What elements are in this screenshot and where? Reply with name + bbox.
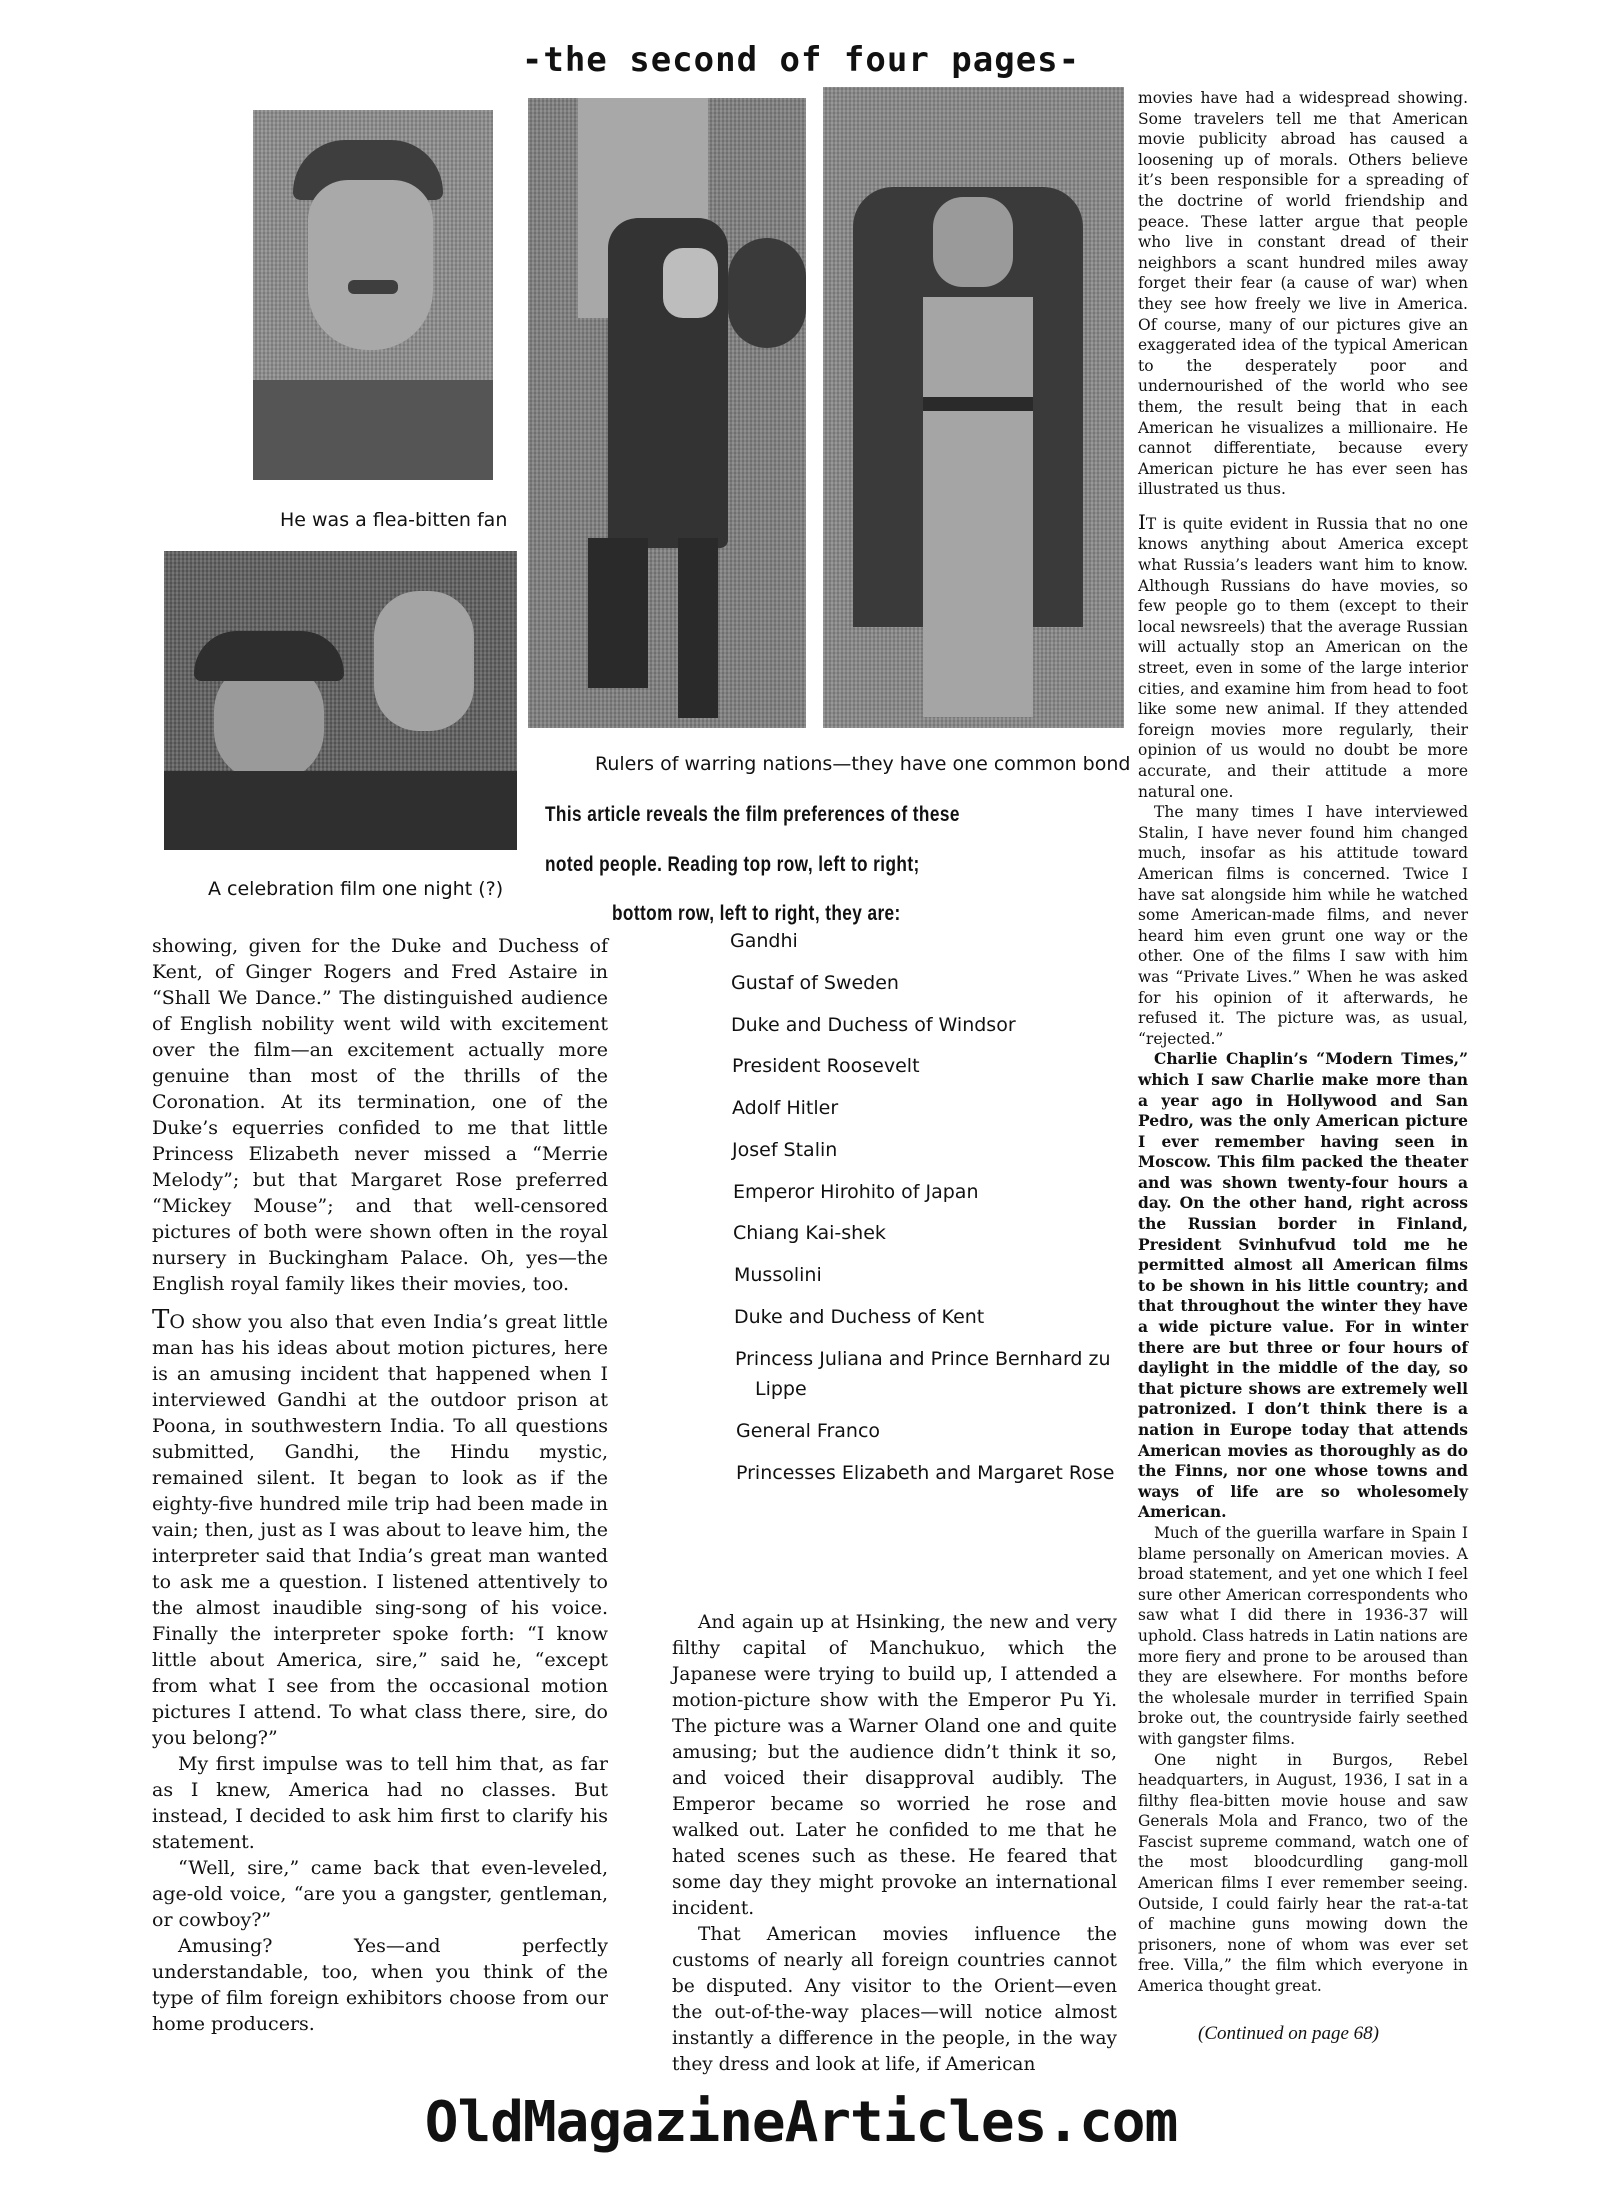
intro-line-3: bottom row, left to right, they are: [612, 902, 901, 926]
right-article-column: movies have had a widespread showing. So… [1138, 88, 1468, 1997]
list-item: Chiang Kai-shek [733, 1222, 886, 1244]
list-item: Princess Juliana and Prince Bernhard zu [735, 1348, 1111, 1370]
list-item: Mussolini [734, 1264, 822, 1286]
paragraph: showing, given for the Duke and Duchess … [152, 933, 608, 1297]
paragraph: Charlie Chaplin’s “Modern Times,” which … [1138, 1049, 1468, 1523]
drop-cap: T [152, 1305, 169, 1335]
general-portrait-caption: He was a flea-bitten fan [280, 509, 507, 531]
intro-line-1: This article reveals the film preference… [545, 803, 960, 827]
site-watermark: OldMagazineArticles.com [0, 2090, 1602, 2155]
paragraph: Amusing? Yes—and perfectly understandabl… [152, 1933, 608, 2037]
paragraph: My first impulse was to tell him that, a… [152, 1751, 608, 1855]
list-item: General Franco [736, 1420, 880, 1442]
paragraph: TO show you also that even India’s great… [152, 1307, 608, 1751]
list-item: President Roosevelt [732, 1055, 920, 1077]
paragraph: “Well, sire,” came back that even-levele… [152, 1855, 608, 1933]
general-portrait-photo [253, 110, 493, 480]
list-item: Gustaf of Sweden [731, 972, 899, 994]
list-item: Josef Stalin [732, 1139, 837, 1161]
paragraph: IT is quite evident in Russia that no on… [1138, 512, 1468, 802]
continued-note: (Continued on page 68) [1198, 2023, 1379, 2045]
left-article-column: showing, given for the Duke and Duchess … [152, 933, 608, 2037]
list-item: Princesses Elizabeth and Margaret Rose [736, 1462, 1114, 1484]
paragraph: That American movies influence the custo… [672, 1922, 1117, 2078]
paragraph: movies have had a widespread showing. So… [1138, 88, 1468, 500]
list-item: Gandhi [730, 930, 798, 952]
list-item: Lippe [755, 1378, 807, 1400]
paragraph: And again up at Hsinking, the new and ve… [672, 1610, 1117, 1922]
paragraph: One night in Burgos, Rebel headquarters,… [1138, 1750, 1468, 1997]
list-item: Duke and Duchess of Kent [734, 1306, 984, 1328]
middle-article-column: And again up at Hsinking, the new and ve… [672, 1610, 1117, 2078]
paragraph: Much of the guerilla warfare in Spain I … [1138, 1523, 1468, 1750]
emperor-photo [528, 98, 806, 728]
couple-photo-caption: A celebration film one night (?) [208, 878, 503, 900]
list-item: Emperor Hirohito of Japan [733, 1181, 979, 1203]
soldier-photo [823, 87, 1124, 728]
list-item: Adolf Hitler [732, 1097, 838, 1119]
drop-cap: I [1138, 510, 1146, 534]
paragraph: The many times I have interviewed Stalin… [1138, 802, 1468, 1049]
intro-line-2: noted people. Reading top row, left to r… [545, 853, 920, 877]
rulers-caption: Rulers of warring nations—they have one … [595, 753, 1130, 775]
couple-photo [164, 551, 517, 850]
list-item: Duke and Duchess of Windsor [731, 1014, 1016, 1036]
page-header: -the second of four pages- [0, 40, 1602, 80]
people-list: Gandhi Gustaf of Sweden Duke and Duchess… [730, 930, 1130, 1530]
